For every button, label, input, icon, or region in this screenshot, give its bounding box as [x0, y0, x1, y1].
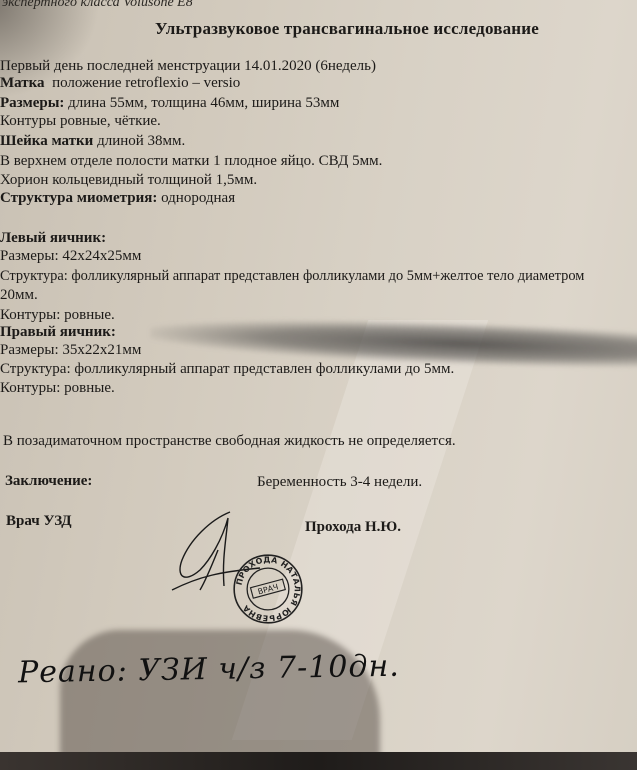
myometrium-line: Структура миометрия: однородная [0, 190, 235, 207]
cervix-line: Шейка матки длиной 38мм. [0, 133, 185, 150]
document-title: Ультразвуковое трансвагинальное исследов… [155, 20, 539, 37]
doctor-name: Проходa Н.Ю. [305, 519, 401, 536]
myometrium-label: Структура миометрия: [0, 190, 157, 206]
table-surface [0, 752, 637, 770]
conclusion-label: Заключение: [5, 473, 92, 490]
right-ovary-contours: Контуры: ровные. [0, 380, 115, 397]
left-ovary-label: Левый яичник: [0, 230, 106, 247]
cervix-value: длиной 38мм. [97, 133, 185, 149]
gestational-sac-line: В верхнем отделе полости матки 1 плодное… [0, 153, 382, 170]
left-ovary-structure-2: 20мм. [0, 287, 38, 304]
uterus-position: положение retroflexio – versio [52, 75, 240, 91]
uterus-size-label: Размеры: [0, 95, 64, 111]
doctor-label: Врач УЗД [6, 513, 72, 530]
free-fluid-line: В позадиматочном пространстве свободная … [3, 433, 456, 450]
cervix-label: Шейка матки [0, 133, 93, 149]
uterus-contours: Контуры ровные, чёткие. [0, 113, 161, 130]
uterus-size-value: длина 55мм, толщина 46мм, ширина 53мм [68, 95, 339, 111]
doctor-stamp: ПРОХОДА НАТАЛЬЯ ЮРЬЕВНА ВРАЧ [232, 553, 304, 625]
uterus-position-line: Матка положение retroflexio – versio [0, 75, 240, 92]
handwritten-note: Реано: УЗИ ч/з 7-10дн. [18, 649, 400, 691]
header-fragment: экспертного класса Volusone E8 [2, 0, 193, 11]
conclusion-value: Беременность 3-4 недели. [257, 474, 422, 491]
uterus-size-line: Размеры: длина 55мм, толщина 46мм, ширин… [0, 95, 339, 112]
myometrium-value: однородная [161, 190, 235, 206]
phone-shadow [60, 630, 380, 752]
right-ovary-label: Правый яичник: [0, 324, 116, 341]
left-ovary-size: Размеры: 42х24х25мм [0, 248, 141, 265]
chorion-line: Хорион кольцевидный толщиной 1,5мм. [0, 172, 257, 189]
lmp-line: Первый день последней менструации 14.01.… [0, 58, 376, 75]
left-ovary-contours: Контуры: ровные. [0, 307, 115, 324]
document-page: экспертного класса Volusone E8 Ультразву… [0, 0, 637, 752]
right-ovary-size: Размеры: 35х22х21мм [0, 342, 141, 359]
left-ovary-structure-1: Структура: фолликулярный аппарат предста… [0, 268, 584, 285]
uterus-label: Матка [0, 75, 45, 91]
right-ovary-structure: Структура: фолликулярный аппарат предста… [0, 361, 454, 378]
